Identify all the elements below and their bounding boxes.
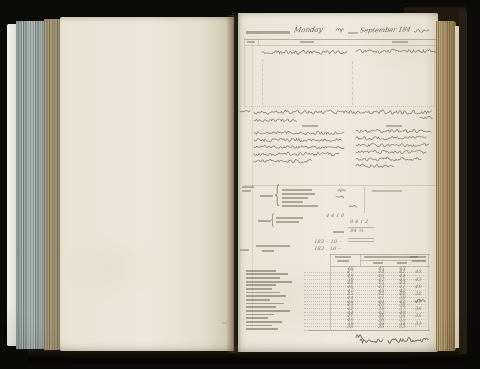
brace-glyph: { (270, 214, 275, 228)
handwriting-stroke (336, 194, 345, 200)
manuscript-figure: 0 4 1 2 (350, 221, 369, 226)
leader-dots (304, 279, 426, 280)
table-row-label (246, 303, 284, 305)
table-figure: 38 (415, 293, 422, 298)
handwriting-stroke (356, 156, 422, 162)
form-vertical-rule (352, 61, 353, 105)
print-text-bar (282, 189, 312, 191)
form-rule (348, 227, 374, 228)
table-figure: 38 (378, 319, 385, 324)
table-row-label (246, 325, 272, 327)
table-figure: 44 (347, 312, 354, 317)
print-text-bar (258, 220, 271, 222)
print-text-bar (364, 256, 418, 258)
table-figure: 38 (347, 326, 354, 331)
table-figure: 33 (415, 323, 422, 328)
table-figure: 48 (347, 282, 354, 287)
brace-glyph: { (274, 186, 280, 209)
form-vertical-rule (360, 254, 361, 266)
right-fore-edge (436, 21, 456, 351)
print-text-bar (256, 245, 290, 247)
print-text-bar (282, 193, 315, 195)
handwriting-stroke (440, 46, 450, 51)
table-figure: 45 (378, 290, 385, 295)
left-blank-page (60, 17, 234, 351)
handwriting-stroke (254, 117, 298, 123)
table-figure: 50 (347, 279, 354, 284)
leader-dots (304, 330, 426, 331)
table-row-label (246, 277, 280, 279)
handwriting-stroke (356, 163, 394, 169)
leader-dots (304, 319, 426, 320)
signature-stroke (356, 333, 364, 342)
handwriting-stroke (254, 144, 344, 150)
handwriting-stroke (336, 27, 345, 34)
form-rule (244, 45, 436, 46)
table-figure: 34 (399, 323, 406, 328)
form-vertical-rule (258, 39, 259, 45)
table-row-label (246, 281, 292, 283)
table-row-label (246, 295, 286, 297)
print-text-bar (240, 249, 249, 251)
table-figure: 39 (347, 323, 354, 328)
print-text-bar (260, 195, 273, 197)
table-figure: 45 (347, 293, 354, 298)
handwriting-stroke (356, 48, 440, 54)
print-text-bar (337, 260, 349, 262)
form-rule (348, 241, 374, 242)
leader-dots (304, 272, 426, 273)
table-row-label (246, 328, 278, 330)
leader-dots (304, 323, 426, 324)
handwriting-stroke (420, 115, 434, 120)
form-rule (330, 266, 430, 267)
ink-layer: Monday September 184 {{4 4 1 00 4 1 284 … (238, 13, 438, 352)
table-figure: 36 (399, 315, 406, 320)
print-text-bar (276, 221, 299, 223)
print-text-bar (348, 32, 358, 34)
leader-dots (304, 275, 426, 276)
table-row-label (246, 288, 272, 290)
table-row-label (246, 317, 268, 319)
table-figure: 45 (399, 279, 406, 284)
leader-dots (304, 297, 426, 298)
table-figure: 33 (399, 326, 406, 331)
month-script-text: September 184 (359, 26, 411, 34)
form-rule (244, 106, 436, 107)
table-figure: 49 (347, 275, 354, 280)
handwriting-stroke (262, 49, 348, 55)
signature-stroke (388, 336, 430, 344)
handwriting-stroke (338, 188, 346, 194)
table-figure: 43 (347, 304, 354, 309)
form-vertical-rule (364, 187, 365, 213)
handwriting-stroke (254, 158, 312, 164)
print-text-bar (247, 41, 255, 43)
table-figure: 41 (399, 286, 406, 291)
table-figure: 43 (378, 286, 385, 291)
table-figure: 45 (378, 268, 385, 273)
table-row-label (246, 314, 274, 316)
leader-dots (304, 315, 426, 316)
table-figure: 42 (378, 293, 385, 298)
table-figure: 48 (347, 268, 354, 273)
handwriting-stroke (356, 135, 428, 141)
print-text-bar (302, 125, 318, 127)
handwriting-stroke (415, 297, 427, 303)
table-figure: 36 (378, 323, 385, 328)
form-rule (360, 260, 426, 261)
handwriting-stroke (356, 142, 430, 148)
table-row-label (246, 321, 282, 323)
print-text-bar (412, 260, 426, 262)
handwriting-stroke (349, 204, 358, 210)
print-text-bar (246, 31, 290, 34)
table-row-label (246, 270, 276, 272)
handwriting-stroke (254, 137, 342, 143)
leader-dots (304, 290, 426, 291)
form-rule (244, 39, 436, 40)
table-figure: 42 (399, 271, 406, 276)
table-figure: 42 (378, 312, 385, 317)
print-text-bar (386, 125, 402, 127)
table-row-label (246, 299, 270, 301)
table-figure: 43 (399, 268, 406, 273)
print-text-bar (282, 201, 303, 203)
table-figure: 46 (378, 275, 385, 280)
right-white-page-edge (455, 26, 460, 348)
table-figure: 40 (399, 312, 406, 317)
book-cover-right-edge (459, 10, 467, 354)
ink-speck (222, 322, 227, 324)
photo-backdrop: Monday September 184 {{4 4 1 00 4 1 284 … (0, 0, 480, 369)
table-figure: 42 (399, 301, 406, 306)
print-text-bar (335, 256, 351, 258)
table-row-label (246, 310, 290, 312)
handwriting-stroke (254, 151, 340, 157)
table-figure: 44 (347, 297, 354, 302)
table-figure: 39 (378, 308, 385, 313)
table-figure: 36 (415, 308, 422, 313)
print-text-bar (242, 186, 254, 188)
form-rule (330, 254, 430, 255)
table-figure: 44 (399, 275, 406, 280)
print-text-bar (333, 231, 344, 233)
leader-dots (304, 308, 426, 309)
print-text-bar (262, 250, 274, 252)
table-figure: 40 (415, 286, 422, 291)
print-text-bar (410, 256, 426, 258)
leader-dots (304, 326, 426, 327)
table-figure: 40 (399, 293, 406, 298)
handwriting-stroke (356, 128, 432, 134)
table-figure: 38 (399, 304, 406, 309)
table-figure: 43 (399, 282, 406, 287)
print-text-bar (300, 41, 314, 43)
handwriting-stroke (240, 109, 252, 114)
table-figure: 41 (378, 297, 385, 302)
form-rule (244, 185, 436, 186)
left-white-page-edge (7, 24, 18, 346)
manuscript-figure: 183 – 10 – (314, 241, 342, 246)
handwriting-stroke (254, 109, 432, 115)
table-row-label (246, 292, 280, 294)
print-text-bar (276, 217, 303, 219)
table-figure: 37 (399, 308, 406, 313)
table-figure: 42 (399, 290, 406, 295)
table-figure: 47 (378, 279, 385, 284)
table-figure: 40 (415, 301, 422, 306)
manuscript-figure: 4 4 1 0 (326, 215, 345, 220)
table-figure: 46 (347, 286, 354, 291)
table-row-label (246, 306, 276, 308)
table-figure: 40 (378, 304, 385, 309)
table-figure: 44 (378, 271, 385, 276)
table-figure: 35 (399, 319, 406, 324)
table-figure: 44 (378, 301, 385, 306)
table-figure: 35 (378, 326, 385, 331)
table-figure: 41 (347, 315, 354, 320)
left-tan-page-edges (44, 19, 63, 350)
signature-stroke (360, 337, 384, 345)
form-vertical-rule (428, 254, 429, 330)
leader-dots (304, 286, 426, 287)
leader-dots (304, 301, 426, 302)
table-figure: 35 (415, 315, 422, 320)
table-figure: 39 (399, 297, 406, 302)
right-page: Monday September 184 {{4 4 1 00 4 1 284 … (238, 13, 438, 352)
table-figure: 45 (378, 282, 385, 287)
form-rule (348, 238, 374, 239)
form-vertical-rule (330, 254, 331, 330)
form-rule (308, 330, 430, 331)
handwriting-stroke (414, 28, 430, 34)
print-text-bar (282, 205, 318, 207)
manuscript-figure: 84 ⅔ (350, 230, 364, 235)
table-figure: 46 (347, 301, 354, 306)
leader-dots (304, 294, 426, 295)
table-figure: 47 (347, 290, 354, 295)
print-text-bar (373, 262, 383, 264)
form-vertical-rule (434, 39, 435, 106)
table-figure: 47 (347, 271, 354, 276)
table-figure: 40 (347, 319, 354, 324)
handwriting-stroke (356, 149, 428, 155)
print-text-bar (397, 262, 407, 264)
print-text-bar (282, 197, 308, 199)
handwriting-stroke (254, 130, 346, 136)
leader-dots (304, 312, 426, 313)
leader-dots (304, 304, 426, 305)
table-figure: 43 (415, 279, 422, 284)
left-stacked-page-edges (16, 21, 46, 349)
print-text-bar (392, 41, 408, 43)
table-row-label (246, 273, 288, 275)
table-figure: 42 (347, 308, 354, 313)
weekday-script-text: Monday (293, 27, 323, 35)
table-figure: 38 (378, 315, 385, 320)
form-vertical-rule (244, 39, 245, 106)
form-vertical-rule (262, 59, 263, 105)
manuscript-figure: 183 . 10 – (314, 248, 341, 253)
print-text-bar (242, 190, 251, 192)
leader-dots (304, 283, 426, 284)
table-row-label (246, 284, 276, 286)
print-text-bar (372, 190, 402, 192)
form-vertical-rule (252, 39, 253, 330)
table-figure: 40 (415, 271, 422, 276)
